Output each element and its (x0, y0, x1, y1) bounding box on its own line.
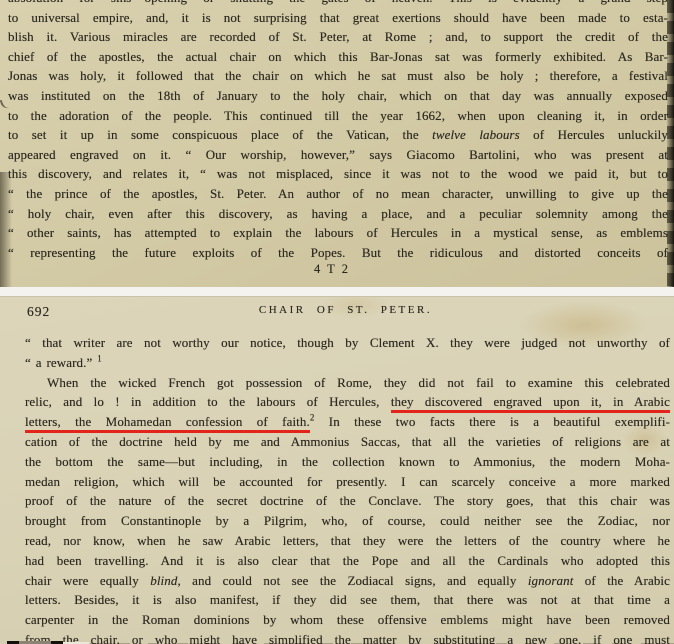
text-line: appeared engraved on it. “ Our worship, … (8, 145, 668, 165)
text-line: letters, the Mohamedan confession of fai… (25, 412, 670, 432)
text-segment: chair were equally (25, 573, 150, 588)
text-line: was instituted on the 18th of January to… (8, 86, 668, 106)
text-line: carpenter in the Roman dominions by whom… (25, 610, 670, 630)
text-line: this discovery, and relates it, “ was no… (8, 164, 668, 184)
text-segment: of the Arabic (573, 573, 670, 588)
text-segment: of Hercules unluckily (520, 127, 668, 142)
red-underline-annotation: they discovered engraved upon it, in Ara… (391, 394, 670, 413)
text-line: “ other saints, has attempted to explain… (8, 223, 668, 243)
text-line: to set it up in some conspicuous place o… (8, 125, 668, 145)
text-segment: medan religion, which will be accounted … (25, 474, 670, 489)
text-segment: absolution for sins—opening or shutting … (8, 0, 668, 5)
text-line: brought from Constantinople by a Pilgrim… (25, 511, 670, 531)
text-segment: to the adoration of the people. This con… (8, 108, 668, 123)
text-segment: carpenter in the Roman dominions by whom… (25, 612, 670, 627)
text-segment: proof of the nature of the secret doctri… (25, 493, 670, 508)
signature-mark: 4 T 2 (0, 262, 664, 277)
red-underline-annotation: letters, the Mohamedan confession of fai… (25, 414, 310, 433)
text-line: medan religion, which will be accounted … (25, 472, 670, 492)
text-line: cation of the doctrine held by me and Am… (25, 432, 670, 452)
text-segment: to universal empire, and, it is not surp… (8, 10, 668, 25)
text-segment: twelve labours (432, 127, 520, 142)
text-segment: “ a reward.” (25, 355, 97, 370)
text-segment: this discovery, and relates it, “ was no… (8, 166, 668, 181)
corner-shadow (0, 172, 12, 287)
text-segment: relic, and lo ! in addition to the labou… (25, 394, 391, 409)
text-segment: “ holy chair, even after this discovery,… (8, 206, 668, 221)
text-segment: When the wicked French got possession of… (47, 375, 670, 390)
text-line: letters. Besides, it is also manifest, i… (25, 590, 670, 610)
text-segment: the bottom the same—but including, in th… (25, 454, 670, 469)
text-line: to the adoration of the people. This con… (8, 106, 668, 126)
text-segment: blind (150, 573, 177, 588)
text-segment: had been travelling. And it is also clea… (25, 553, 670, 568)
text-line: proof of the nature of the secret doctri… (25, 491, 670, 511)
text-segment: chief of the apostles, the actual chair … (8, 49, 668, 64)
text-line: had been travelling. And it is also clea… (25, 551, 670, 571)
page-bottom-scan: 692 CHAIR OF ST. PETER. “ that writer ar… (0, 296, 674, 644)
text-segment: “ representing the future exploits of th… (8, 245, 668, 260)
text-line: from the chair, or who might have simpli… (25, 630, 670, 644)
text-segment: “ the prince of the apostles, St. Peter.… (8, 186, 668, 201)
text-line: “ a reward.” 1 (25, 353, 670, 373)
page-divider (0, 287, 674, 296)
text-segment: Jonas was holy, it followed that the cha… (8, 68, 668, 83)
text-segment: letters. Besides, it is also manifest, i… (25, 592, 670, 607)
text-line: “ that writer are not worthy our notice,… (25, 333, 670, 353)
page-header-row: 692 CHAIR OF ST. PETER. (25, 304, 666, 322)
text-line: the bottom the same—but including, in th… (25, 452, 670, 472)
running-header: CHAIR OF ST. PETER. (25, 304, 666, 316)
text-segment: read, nor know, when he saw Arabic lette… (25, 533, 670, 548)
text-line: absolution for sins—opening or shutting … (8, 0, 668, 8)
text-segment: was instituted on the 18th of January to… (8, 88, 668, 103)
text-line: “ representing the future exploits of th… (8, 243, 668, 263)
text-segment: “ other saints, has attempted to explain… (8, 225, 668, 240)
page-number: 692 (27, 304, 50, 320)
text-line: blish it. Various miracles are recorded … (8, 27, 668, 47)
text-segment: In these two facts there is a beautiful … (314, 414, 670, 429)
page-top-scan: absolution for sins—opening or shutting … (0, 0, 674, 288)
text-line: to universal empire, and, it is not surp… (8, 8, 668, 28)
text-line: Jonas was holy, it followed that the cha… (8, 66, 668, 86)
text-segment: 1 (97, 353, 102, 363)
text-line: When the wicked French got possession of… (25, 373, 670, 393)
text-line: “ holy chair, even after this discovery,… (8, 204, 668, 224)
text-segment: ignorant (528, 573, 574, 588)
text-segment: “ that writer are not worthy our notice,… (25, 335, 670, 350)
gutter-shadow (667, 0, 674, 287)
page-top-text: absolution for sins—opening or shutting … (8, 0, 668, 262)
text-segment: , and could not see the Zodiacal signs, … (177, 573, 527, 588)
book-scan: absolution for sins—opening or shutting … (0, 0, 674, 644)
text-line: “ the prince of the apostles, St. Peter.… (8, 184, 668, 204)
page-bottom-text: “ that writer are not worthy our notice,… (25, 333, 670, 644)
text-segment: to set it up in some conspicuous place o… (8, 127, 432, 142)
text-segment: appeared engraved on it. “ Our worship, … (8, 147, 668, 162)
text-segment: blish it. Various miracles are recorded … (8, 29, 668, 44)
text-segment: brought from Constantinople by a Pilgrim… (25, 513, 670, 528)
text-segment: cation of the doctrine held by me and Am… (25, 434, 670, 449)
text-line: read, nor know, when he saw Arabic lette… (25, 531, 670, 551)
text-line: chief of the apostles, the actual chair … (8, 47, 668, 67)
text-line: chair were equally blind, and could not … (25, 571, 670, 591)
text-line: relic, and lo ! in addition to the labou… (25, 392, 670, 412)
